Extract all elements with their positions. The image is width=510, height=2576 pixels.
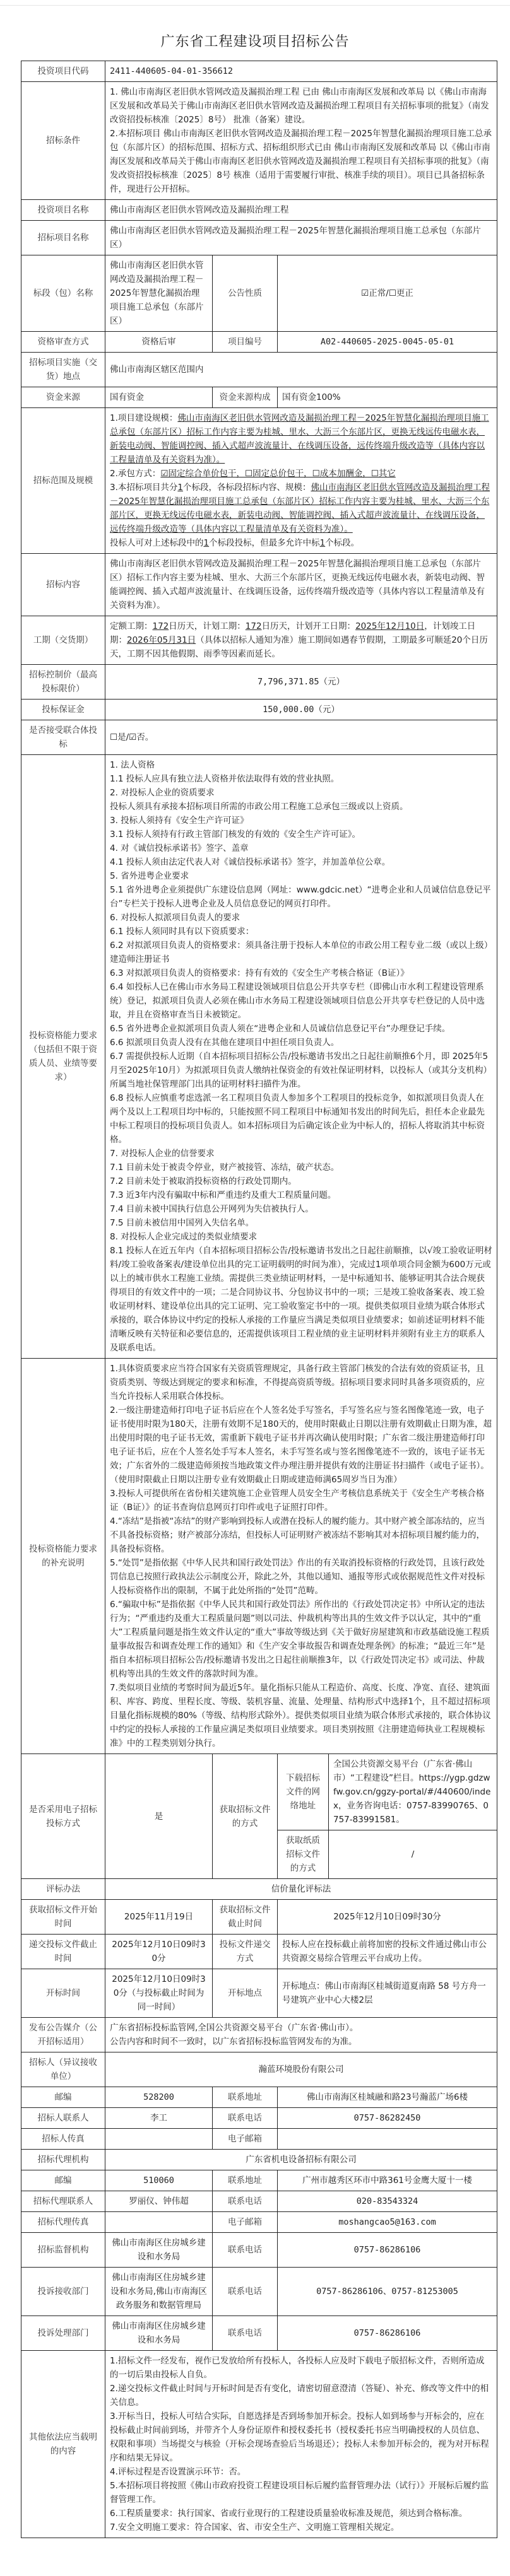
- row-agency-post: 邮编 510060 联系地址 广州市越秀区环市中路361号金鹰大厦十一楼: [21, 2170, 497, 2191]
- row-tender-name: 招标项目名称 佛山市南海区老旧供水管网改造及漏损治理工程－2025年智慧化漏损治…: [21, 221, 497, 255]
- notice-nature-checkbox: ☑正常/☐更正: [278, 255, 497, 332]
- list-item: 6.“骗取中标”是指依据《中华人民共和国行政处罚法》所作出的《行政处罚决定书》中…: [110, 1598, 492, 1681]
- label: 联系电话: [213, 2233, 278, 2268]
- row-scope: 招标范围及规模 1.项目建设规模：佛山市南海区老旧供水管网改造及漏损治理工程－2…: [21, 408, 497, 554]
- label: 联系电话: [213, 2108, 278, 2129]
- label: 招标范围及规模: [21, 408, 105, 554]
- label: 投标文件递交方式: [213, 1935, 278, 1969]
- list-item: 7.类似项目业绩的考察时间为最近5年。量化指标只能从工程造价、高度、长度、净宽、…: [110, 1681, 492, 1750]
- list-item: 2.一级注册建造师打印电子证书后应在个人签名处手写签名，手写签名应与签名图像笔迹…: [110, 1403, 492, 1487]
- list-item: 3.投标人可提供所在省份相关建筑施工企业管理人员安全生产考核信息系统关于《安全生…: [110, 1487, 492, 1514]
- list-item: 8.1 投标人在近五年内（自本招标项目招标公告/投标邀请书发出之日起往前顺推，以…: [110, 1244, 492, 1355]
- plan-days: 172: [246, 621, 262, 631]
- list-item: 6.3 对拟派项目负责人的资格要求：持有有效的《安全生产考核合格证（B证）》: [110, 966, 492, 980]
- complaint-receive-value: 佛山市南海区住房城乡建设和水务局,佛山市南海区政务服务和数据管理局: [105, 2268, 213, 2316]
- row-requirements: 投标资格能力要求（包括但不限于资质人员、业绩等要求） 1. 法人资格1.1 投标…: [21, 755, 497, 1359]
- list-item: 6.8 投标人应慎重考虑选派一名工程项目负责人参加多个工程项目的投标竞争，如拟派…: [110, 1091, 492, 1147]
- agency-value: 广东省机电设备招标有限公司: [105, 2150, 497, 2170]
- agency-address-value: 广州市越秀区环市中路361号金鹰大厦十一楼: [278, 2170, 497, 2191]
- label: 开标时间: [21, 1969, 105, 2018]
- scope-prefix: 1.项目建设规模：: [110, 413, 177, 423]
- label: 联系地址: [213, 2087, 278, 2108]
- label: 联系地址: [213, 2170, 278, 2191]
- list-item: 6.2 对拟派项目负责人的资格要求：须具备注册于投标人本单位的市政公用工程专业二…: [110, 939, 492, 966]
- label: 投诉接收部门: [21, 2268, 105, 2316]
- label: 投标资格能力要求的补充说明: [21, 1359, 105, 1754]
- label: 标段（包）名称: [21, 255, 105, 332]
- list-item: 1.具体资质要求应当符合国家有关资质管理规定，具备行政主管部门核发的合法有效的资…: [110, 1362, 492, 1403]
- label: 项目编号: [213, 332, 278, 353]
- row-opening: 开标时间 2025年12月10日09时30分（与投标截止时间为同一时间） 开标地…: [21, 1969, 497, 2018]
- win-section-count: 1: [320, 538, 326, 548]
- complaint-handle-phone-value: 0757-86286106: [278, 2316, 497, 2351]
- label: 评标办法: [21, 1879, 105, 1900]
- label: 公告性质: [213, 255, 278, 332]
- list-item: 6.7 需提供投标人近期（自本招标项目招标公告/投标邀请书发出之日起往前顺推6个…: [110, 1050, 492, 1091]
- text: 日历天，计划开工日期：: [262, 621, 356, 631]
- list-item: 7.1 目前未处于被责令停业，财产被接管、冻结，破产状态。: [110, 1161, 492, 1174]
- row-location: 招标项目实施（交货）地点 佛山市南海区辖区范围内: [21, 353, 497, 387]
- conditions-paragraph: 2.本招标项目 佛山市南海区老旧供水管网改造及漏损治理工程－2025年智慧化漏损…: [110, 127, 492, 196]
- start-date: 2025年12月10日: [355, 621, 424, 631]
- list-item: 4.“冻结”是指被“冻结”的财产影响到投标人或潜在投标人的履约能力。其中财产被全…: [110, 1514, 492, 1556]
- agency-phone-value: 020-83543324: [278, 2191, 497, 2212]
- evaluation-value: 信价量化评标法: [105, 1879, 497, 1900]
- row-complaint-handle: 投诉处理部门 佛山市南海区住房城乡建设和水务局 联系电话 0757-862861…: [21, 2316, 497, 2351]
- label: 联系电话: [213, 2268, 278, 2316]
- media-line: 广东省招标投标监管网,全国公共资源交易平台（广东省·佛山市）。: [110, 2021, 492, 2035]
- list-item: 6.6 拟派项目负责人没有在其他在建项目中担任项目负责人。: [110, 1036, 492, 1050]
- investment-name-value: 佛山市南海区老旧供水管网改造及漏损治理工程: [105, 200, 497, 221]
- label: 招标代理传真: [21, 2212, 105, 2233]
- scope-prefix: 3.本招标项目共分: [110, 483, 177, 493]
- row-requirements-supplement: 投标资格能力要求的补充说明 1.具体资质要求应当符合国家有关资质管理规定，具备行…: [21, 1359, 497, 1754]
- label: 投标资格能力要求（包括但不限于资质人员、业绩等要求）: [21, 755, 105, 1359]
- submit-deadline-value: 2025年12月10日09时30分: [105, 1935, 213, 1969]
- opening-place-value: 开标地点：佛山市南海区桂城街道夏南路 58 号方舟一号建筑产业中心大楼2层: [278, 1969, 497, 2018]
- media-value: 广东省招标投标监管网,全国公共资源交易平台（广东省·佛山市）。 公告内容和时间不…: [105, 2018, 497, 2052]
- tenderer-postcode-value: 528200: [105, 2087, 213, 2108]
- obtain-end-value: 2025年12月10日09时30分: [278, 1900, 497, 1935]
- label: 工期（交货期）: [21, 616, 105, 665]
- row-agency: 招标代理机构 广东省机电设备招标有限公司: [21, 2150, 497, 2170]
- label: 递交投标文件截止时间: [21, 1935, 105, 1969]
- tenderer-contact-value: 李工: [105, 2108, 213, 2129]
- label: 联系电话: [213, 2316, 278, 2351]
- label: 招标代理联系人: [21, 2191, 105, 2212]
- top-divider: [0, 0, 510, 6]
- contract-method-checkboxes: ☑固定综合单价包干，☐固定总价包干，☐成本加酬金，☐其它: [160, 469, 395, 479]
- requirements-supplement-value: 1.具体资质要求应当符合国家有关资质管理规定，具备行政主管部门核发的合法有效的资…: [105, 1359, 497, 1754]
- label: 获取招标文件开始时间: [21, 1900, 105, 1935]
- list-item: 7.2 目前未处于被取消投标资格的行政处罚期内。: [110, 1174, 492, 1188]
- tenderer-fax-value: [105, 2129, 213, 2150]
- end-date: 2026年05月31日: [127, 635, 196, 645]
- row-supervisor: 招标监督机构 佛山市南海区住房城乡建设和水务局 联系电话 0757-862861…: [21, 2233, 497, 2268]
- list-item: 2.递交投标文件截止时间与开标时间是否有变化，请密切留意澄清（答疑）、补充、修改…: [110, 2382, 492, 2409]
- list-item: 6.工程质量要求：执行国家、省或行业现行的工程建设质量验收标准及规范，须达到合格…: [110, 2507, 492, 2520]
- paper-method-value: /: [329, 1830, 497, 1879]
- label: 其他依法应当载明的内容: [21, 2351, 105, 2538]
- other-value: 1.招标文件一经发布，视作已发放给所有投标人，各投标人应及时下载电子版招标文件，…: [105, 2351, 497, 2538]
- media-line: 公告内容和时间不一致时，以广东省招标投标监管网发布的为准。: [110, 2035, 492, 2049]
- bid-section-count: 1: [204, 538, 210, 548]
- row-consortium: 是否接受联合体投标 ☐是/☑否。: [21, 720, 497, 755]
- label: 获取招标文件的方式: [213, 1754, 278, 1879]
- list-item: 5.本招标项目将按照《佛山市政府投资工程建设项目标后履约监督管理办法（试行）》开…: [110, 2479, 492, 2507]
- list-item: 7.5 目前未被信用中国列入失信名单。: [110, 1216, 492, 1230]
- section-count: 1: [177, 483, 183, 493]
- row-complaint-receive: 投诉接收部门 佛山市南海区住房城乡建设和水务局,佛山市南海区政务服务和数据管理局…: [21, 2268, 497, 2316]
- row-content: 招标内容 佛山市南海区老旧供水管网改造及漏损治理工程－2025年智慧化漏损治理项…: [21, 554, 497, 616]
- agency-postcode-value: 510060: [105, 2170, 213, 2191]
- list-item: 4.评标过程是否设置演示环节：否。: [110, 2465, 492, 2479]
- content-value: 佛山市南海区老旧供水管网改造及漏损治理工程－2025年智慧化漏损治理项目施工总承…: [105, 554, 497, 616]
- tenderer-address-value: 佛山市南海区桂城融和路23号瀚蓝广场6楼: [278, 2087, 497, 2108]
- label: 开标地点: [213, 1969, 278, 2018]
- agency-fax-value: [105, 2212, 213, 2233]
- label: 获取纸质招标文件的方式: [278, 1830, 329, 1879]
- label: 下载招标文件的网络地址: [278, 1754, 329, 1830]
- scope-item-1: 1.项目建设规模：佛山市南海区老旧供水管网改造及漏损治理工程－2025年智慧化漏…: [110, 411, 492, 467]
- tenderer-email-value: [278, 2129, 497, 2150]
- funding-composition-value: 国有资金100%: [278, 387, 497, 408]
- row-media: 发布公告媒介（公开招标适用） 广东省招标投标监管网,全国公共资源交易平台（广东省…: [21, 2018, 497, 2052]
- label: 投资项目名称: [21, 200, 105, 221]
- row-investment-code: 投资项目代码 2411-440605-04-01-356612: [21, 61, 497, 82]
- conditions-paragraph: 1. 佛山市南海区老旧供水管网改造及漏损治理工程 已由 佛山市南海区发展和改革局…: [110, 85, 492, 127]
- list-item: 7.安全文明施工要求：符合国家、省、市安全生产、文明施工管理相关规定。: [110, 2520, 492, 2534]
- label: 资金来源构成: [213, 387, 278, 408]
- download-address-link[interactable]: 全国公共资源交易平台（广东省·佛山市）“工程建设”栏目。https://ygp.…: [329, 1754, 497, 1830]
- label: 电子邮箱: [213, 2129, 278, 2150]
- agency-email-link[interactable]: moshangcao5@163.com: [278, 2212, 497, 2233]
- label: 发布公告媒介（公开招标适用）: [21, 2018, 105, 2052]
- deposit-value: 150,000.00（元）: [105, 700, 497, 720]
- tender-notice-table: 投资项目代码 2411-440605-04-01-356612 招标条件 1. …: [21, 61, 497, 2538]
- list-item: 3.开标当日，投标人可结合实际，自愿选择是否到场参加开标会。投标人如到场参与开标…: [110, 2409, 492, 2465]
- row-tenderer-post: 邮编 528200 联系地址 佛山市南海区桂城融和路23号瀚蓝广场6楼: [21, 2087, 497, 2108]
- row-electronic: 是否采用电子招标投标方式 是 获取招标文件的方式 下载招标文件的网络地址 全国公…: [21, 1754, 497, 1830]
- qualification-value: 资格后审: [105, 332, 213, 353]
- row-investment-name: 投资项目名称 佛山市南海区老旧供水管网改造及漏损治理工程: [21, 200, 497, 221]
- section-name-value: 佛山市南海区老旧供水管网改造及漏损治理工程－2025年智慧化漏损治理项目施工总承…: [105, 255, 213, 332]
- list-item: 6.5 省外进粤企业拟派项目负责人须在“进粤企业和人员诚信信息登记平台”办理登记…: [110, 1022, 492, 1036]
- list-item: 6.4 如投标人已在佛山市水务局工程建设领域项目信息公开共享专栏（即佛山市水利工…: [110, 980, 492, 1022]
- complaint-receive-phone-value: 0757-86286106、0757-81253005: [278, 2268, 497, 2316]
- scope-text: 投标人可对上述标段中的: [110, 538, 204, 548]
- scope-item-2: 2.承包方式：☑固定综合单价包干，☐固定总价包干，☐成本加酬金，☐其它: [110, 467, 492, 481]
- list-item: 8. 对投标人企业完成过的类似业绩要求: [110, 1230, 492, 1244]
- scope-text: 个标段。: [325, 538, 359, 548]
- quota-days: 172: [153, 621, 169, 631]
- list-item: 7. 对投标人企业的信誉要求: [110, 1147, 492, 1161]
- row-agency-fax: 招标代理传真 电子邮箱 moshangcao5@163.com: [21, 2212, 497, 2233]
- complaint-handle-value: 佛山市南海区住房城乡建设和水务局: [105, 2316, 213, 2351]
- list-item: 4.1 投标人须由法定代表人对《诚信投标承诺书》签字，并加盖单位公章。: [110, 855, 492, 869]
- row-tenderer-contact: 招标人联系人 李工 联系电话 0757-86282450: [21, 2108, 497, 2129]
- row-duration: 工期（交货期） 定额工期：172日历天，计划工期：172日历天，计划开工日期：2…: [21, 616, 497, 665]
- label: 招标项目名称: [21, 221, 105, 255]
- scope-item-4: 投标人可对上述标段中的1个标段投标，但最多允许中标1个标段。: [110, 536, 492, 550]
- funding-value: 国有资金: [105, 387, 213, 408]
- submit-method-value: 投标人应在投标截止前将加密的投标文件通过佛山市公共资源交易综合管理云平台成功上传…: [278, 1935, 497, 1969]
- agency-contact-value: 罗丽仪、钟伟超: [105, 2191, 213, 2212]
- supervisor-phone-value: 0757-86286106: [278, 2233, 497, 2268]
- page-title: 广东省工程建设项目招标公告: [0, 31, 510, 50]
- investment-code-value: 2411-440605-04-01-356612: [105, 61, 497, 82]
- bottom-spacer: [0, 2538, 510, 2576]
- row-qualification: 资格审查方式 资格后审 项目编号 A02-440605-2025-0045-05…: [21, 332, 497, 353]
- label: 招标内容: [21, 554, 105, 616]
- row-submit: 递交投标文件截止时间 2025年12月10日09时30分 投标文件递交方式 投标…: [21, 1935, 497, 1969]
- text: 定额工期：: [110, 621, 153, 631]
- row-tenderer: 招标人（异议接收单位） 瀚蓝环境股份有限公司: [21, 2052, 497, 2087]
- list-item: 5.“处罚”是指依据《中华人民共和国行政处罚法》作出的有关取消投标资格的行政处罚…: [110, 1556, 492, 1598]
- consortium-checkbox: ☐是/☑否。: [105, 720, 497, 755]
- row-agency-contact: 招标代理联系人 罗丽仪、钟伟超 联系电话 020-83543324: [21, 2191, 497, 2212]
- scope-item-3: 3.本招标项目共分1个标段，各标段招标内容、规模：佛山市南海区老旧供水管网改造及…: [110, 481, 492, 536]
- tenderer-value: 瀚蓝环境股份有限公司: [105, 2052, 497, 2087]
- row-tenderer-fax: 招标人传真 电子邮箱: [21, 2129, 497, 2150]
- row-funding: 资金来源 国有资金 资金来源构成 国有资金100%: [21, 387, 497, 408]
- label: 招标监督机构: [21, 2233, 105, 2268]
- label: 招标人传真: [21, 2129, 105, 2150]
- row-obtain-time: 获取招标文件开始时间 2025年11月19日 获取招标文件截止时间 2025年1…: [21, 1900, 497, 1935]
- label: 投资项目代码: [21, 61, 105, 82]
- obtain-start-value: 2025年11月19日: [105, 1900, 213, 1935]
- location-value: 佛山市南海区辖区范围内: [105, 353, 497, 387]
- text: 日历天，计划工期：: [169, 621, 246, 631]
- label: 招标代理机构: [21, 2150, 105, 2170]
- scope-text: 个标段投标，但最多允许中标: [209, 538, 320, 548]
- label: 招标条件: [21, 82, 105, 200]
- tender-name-value: 佛山市南海区老旧供水管网改造及漏损治理工程－2025年智慧化漏损治理项目施工总承…: [105, 221, 497, 255]
- label: 资格审查方式: [21, 332, 105, 353]
- row-other: 其他依法应当载明的内容 1.招标文件一经发布，视作已发放给所有投标人，各投标人应…: [21, 2351, 497, 2538]
- list-item: 5.1 省外进粤企业须提供广东建设信息网（网址：www.gdcic.net）“进…: [110, 883, 492, 911]
- list-item: 4. 对《诚信投标承诺书》签字、盖章: [110, 841, 492, 855]
- list-item: 1.招标文件一经发布，视作已发放给所有投标人，各投标人应及时下载电子版招标文件，…: [110, 2354, 492, 2382]
- tenderer-phone-value: 0757-86282450: [278, 2108, 497, 2129]
- label: 招标控制价（最高投标限价）: [21, 665, 105, 700]
- scope-prefix: 2.承包方式：: [110, 469, 160, 479]
- row-control-price: 招标控制价（最高投标限价） 7,796,371.85（元）: [21, 665, 497, 700]
- row-conditions: 招标条件 1. 佛山市南海区老旧供水管网改造及漏损治理工程 已由 佛山市南海区发…: [21, 82, 497, 200]
- label: 电子邮箱: [213, 2212, 278, 2233]
- label: 招标人联系人: [21, 2108, 105, 2129]
- label: 是否接受联合体投标: [21, 720, 105, 755]
- label: 邮编: [21, 2087, 105, 2108]
- list-item: 6.1 投标人须同时具有以下资质要求：: [110, 925, 492, 939]
- label: 投诉处理部门: [21, 2316, 105, 2351]
- row-section: 标段（包）名称 佛山市南海区老旧供水管网改造及漏损治理工程－2025年智慧化漏损…: [21, 255, 497, 332]
- list-item: 3.1 投标人须持有行政主管部门核发的有效的《安全生产许可证》。: [110, 828, 492, 841]
- list-item: 投标人须具有承接本招标项目所需的市政公用工程施工总承包三级或以上资质。: [110, 800, 492, 814]
- requirements-value: 1. 法人资格1.1 投标人应具有独立法人资格并依法取得有效的营业执照。2. 对…: [105, 755, 497, 1359]
- scope-mid: 个标段，各标段招标内容、规模：: [183, 483, 311, 493]
- label: 资金来源: [21, 387, 105, 408]
- list-item: 7.3 近3年内没有骗取中标和严重违约及重大工程质量问题。: [110, 1188, 492, 1202]
- label: 联系电话: [213, 2191, 278, 2212]
- list-item: 3. 投标人须持有《安全生产许可证》: [110, 814, 492, 828]
- list-item: 7.4 目前未被中国执行信息公开网列为失信被执行人。: [110, 1202, 492, 1216]
- label: 是否采用电子招标投标方式: [21, 1754, 105, 1879]
- row-deposit: 投标保证金 150,000.00（元）: [21, 700, 497, 720]
- supervisor-value: 佛山市南海区住房城乡建设和水务局: [105, 2233, 213, 2268]
- electronic-value: 是: [105, 1754, 213, 1879]
- list-item: 6. 对投标人拟派项目负责人的要求: [110, 911, 492, 925]
- list-item: 1. 法人资格: [110, 758, 492, 772]
- conditions-value: 1. 佛山市南海区老旧供水管网改造及漏损治理工程 已由 佛山市南海区发展和改革局…: [105, 82, 497, 200]
- control-price-value: 7,796,371.85（元）: [105, 665, 497, 700]
- list-item: 1.1 投标人应具有独立法人资格并依法取得有效的营业执照。: [110, 772, 492, 786]
- label: 邮编: [21, 2170, 105, 2191]
- row-evaluation: 评标办法 信价量化评标法: [21, 1879, 497, 1900]
- scope-value: 1.项目建设规模：佛山市南海区老旧供水管网改造及漏损治理工程－2025年智慧化漏…: [105, 408, 497, 554]
- label: 招标人（异议接收单位）: [21, 2052, 105, 2087]
- label: 投标保证金: [21, 700, 105, 720]
- duration-value: 定额工期：172日历天，计划工期：172日历天，计划开工日期：2025年12月1…: [105, 616, 497, 665]
- label: 获取招标文件截止时间: [213, 1900, 278, 1935]
- project-number-value: A02-440605-2025-0045-05-01: [278, 332, 497, 353]
- list-item: 5. 省外进粤企业要求: [110, 869, 492, 883]
- label: 招标项目实施（交货）地点: [21, 353, 105, 387]
- list-item: 2. 对投标人企业的资质要求: [110, 786, 492, 800]
- opening-time-value: 2025年12月10日09时30分（与投标截止时间为同一时间）: [105, 1969, 213, 2018]
